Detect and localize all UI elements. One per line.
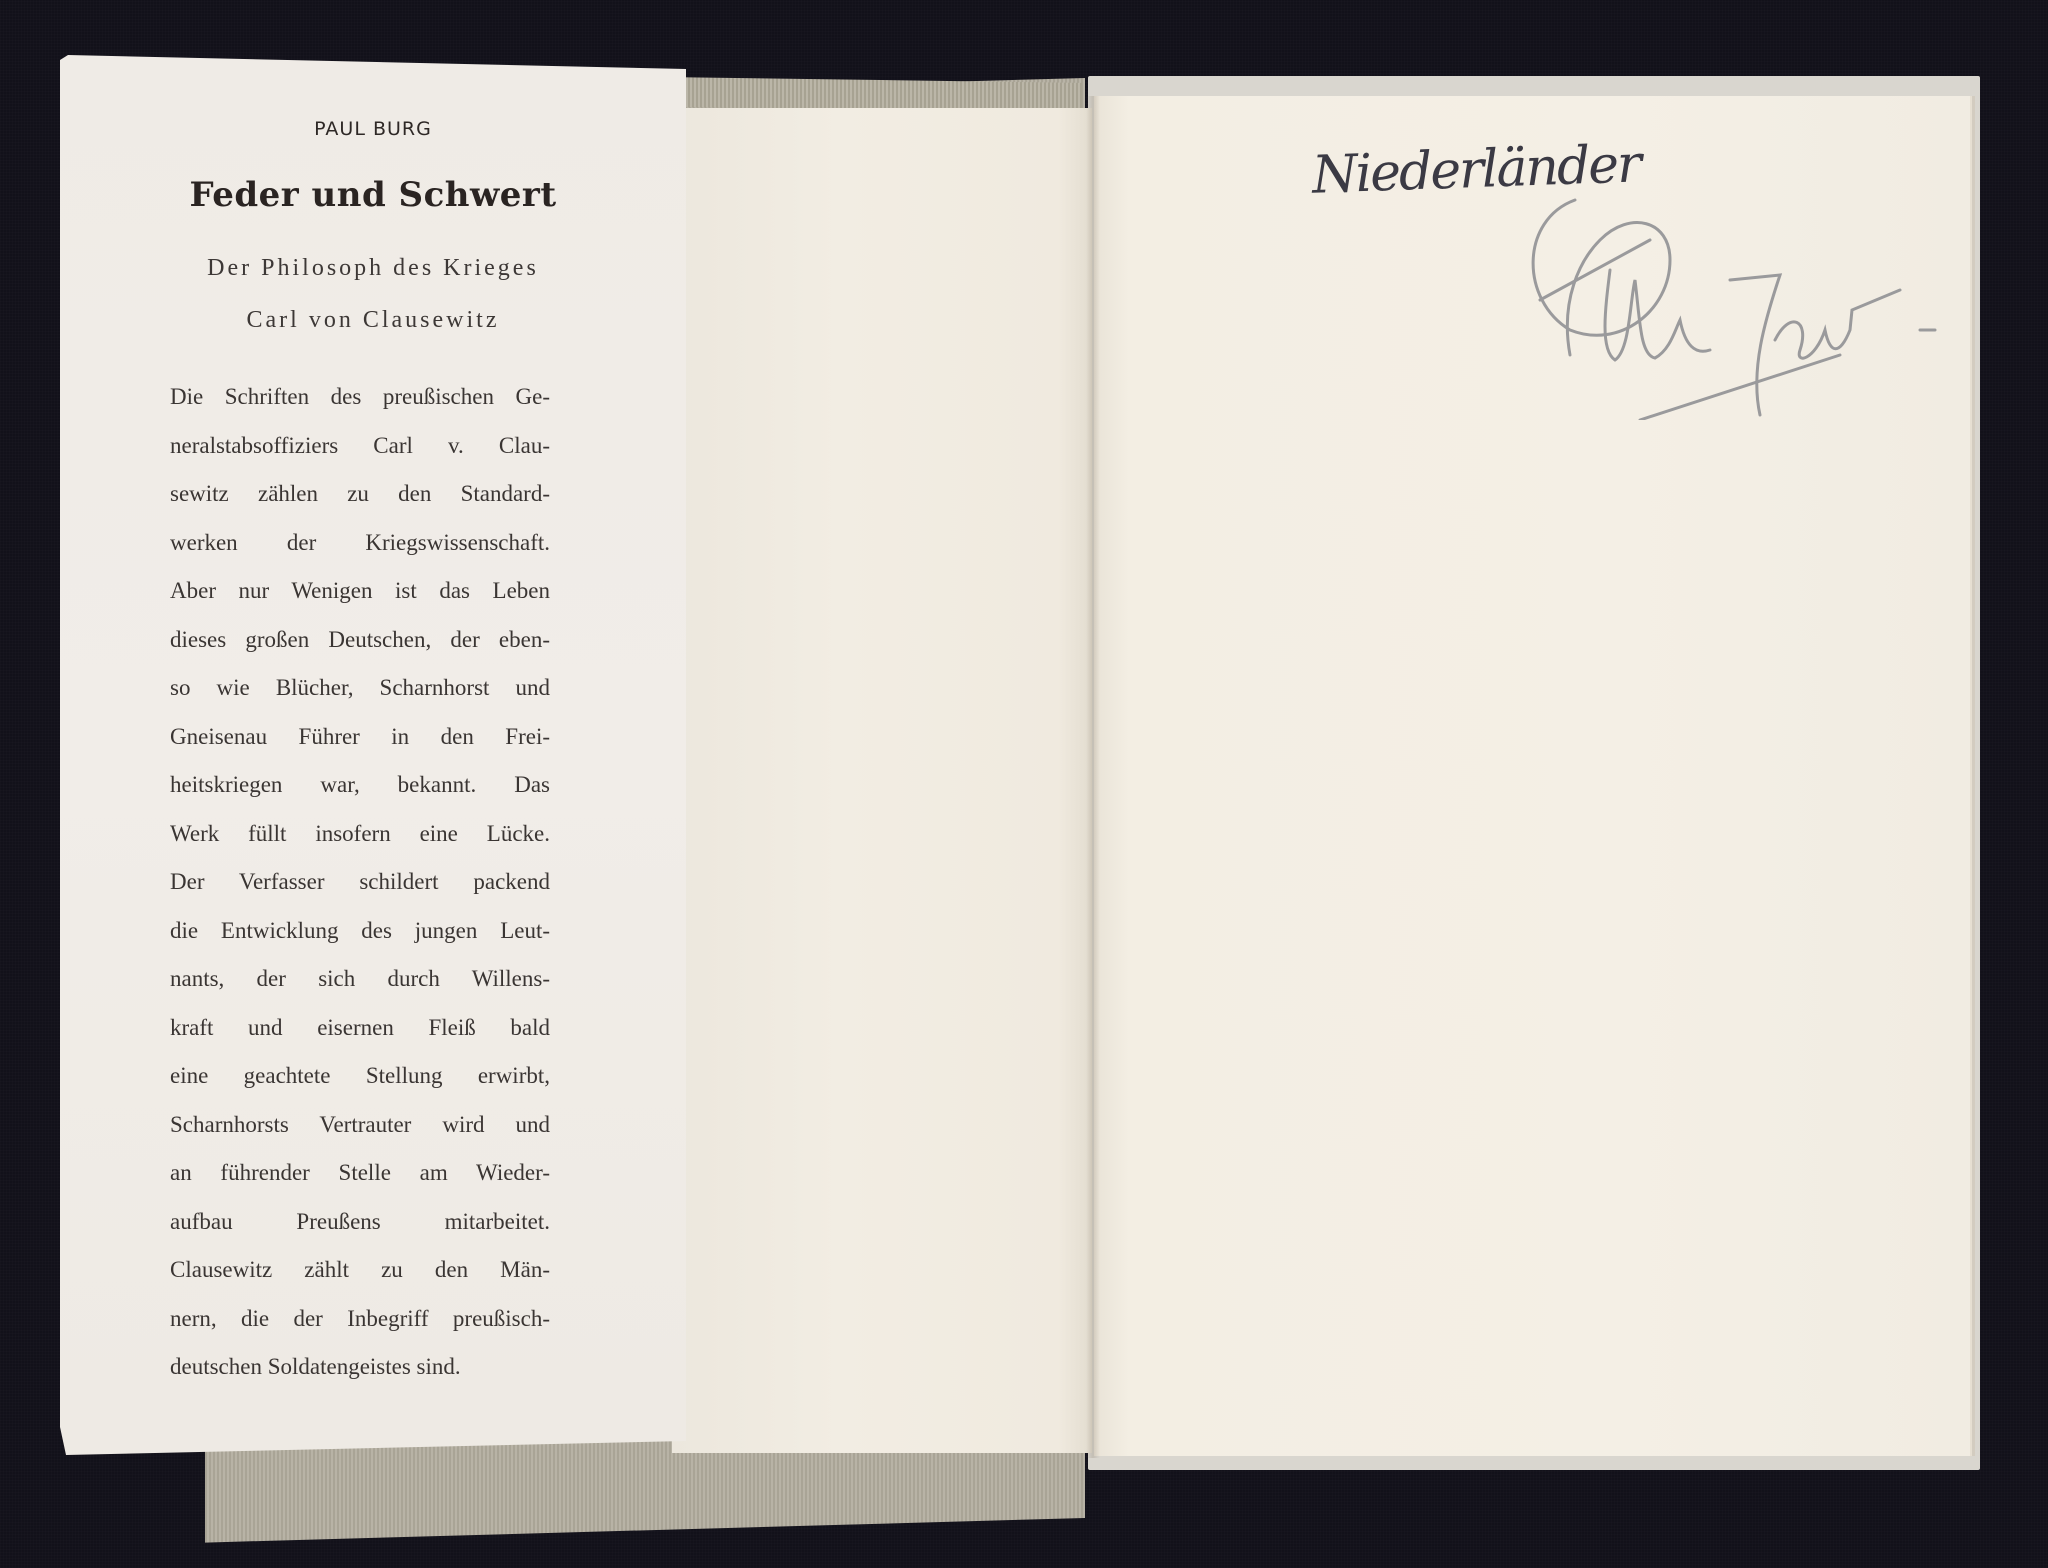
book-gutter <box>1086 96 1100 1458</box>
pencil-signature-icon <box>1480 180 1960 420</box>
inner-endpaper-left <box>672 108 1092 1453</box>
blurb-line: so wie Blücher, Scharnhorst und <box>170 664 550 713</box>
blurb-line: die Entwicklung des jungen Leut- <box>170 907 550 956</box>
blurb-line: Gneisenau Führer in den Frei- <box>170 713 550 762</box>
blurb-line: an führender Stelle am Wieder- <box>170 1149 550 1198</box>
blurb-line: nants, der sich durch Willens- <box>170 955 550 1004</box>
blurb-line: sewitz zählen zu den Standard- <box>170 470 550 519</box>
author-name: PAUL BURG <box>60 118 686 140</box>
blurb-line: deutschen Soldatengeistes sind. <box>170 1343 550 1392</box>
blurb-line: dieses großen Deutschen, der eben- <box>170 616 550 665</box>
blurb-line: Clausewitz zählt zu den Män- <box>170 1246 550 1295</box>
dust-jacket-flap: PAUL BURG Feder und Schwert Der Philosop… <box>60 55 686 1455</box>
blurb-line: Die Schriften des preußischen Ge- <box>170 373 550 422</box>
blurb-line: aufbau Preußens mitarbeitet. <box>170 1198 550 1247</box>
blurb-line: neralstabsoffiziers Carl v. Clau- <box>170 422 550 471</box>
blurb-line: Der Verfasser schildert packend <box>170 858 550 907</box>
blurb-line: eine geachtete Stellung erwirbt, <box>170 1052 550 1101</box>
blurb-line: nern, die der Inbegriff preußisch- <box>170 1295 550 1344</box>
blurb-line: Scharnhorsts Vertrauter wird und <box>170 1101 550 1150</box>
book-title: Feder und Schwert <box>60 175 686 215</box>
blurb-line: kraft und eisernen Fleiß bald <box>170 1004 550 1053</box>
flap-blurb: Die Schriften des preußischen Ge- nerals… <box>170 373 550 1392</box>
blurb-line: werken der Kriegswissenschaft. <box>170 519 550 568</box>
subtitle-line-1: Der Philosoph des Krieges <box>60 255 686 282</box>
blurb-line: Aber nur Wenigen ist das Leben <box>170 567 550 616</box>
blurb-line: heitskriegen war, bekannt. Das <box>170 761 550 810</box>
subtitle-line-2: Carl von Clausewitz <box>60 307 686 334</box>
blurb-line: Werk füllt insofern eine Lücke. <box>170 810 550 859</box>
